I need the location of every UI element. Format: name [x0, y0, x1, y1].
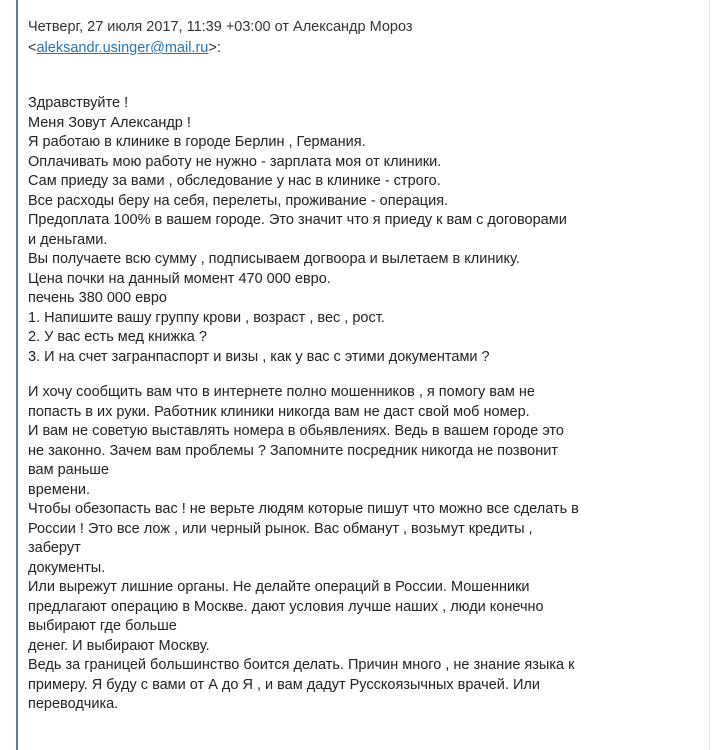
body-line: И вам не советую выставлять номера в обь… [28, 422, 628, 442]
body-line: денег. И выбирают Москву. [28, 637, 628, 657]
body-line: переводчика. [28, 695, 628, 715]
quote-body: Здравствуйте !Меня Зовут Александр !Я ра… [28, 94, 628, 715]
body-line: 1. Напишите вашу группу крови , возраст … [28, 309, 628, 329]
body-line: Меня Зовут Александр ! [28, 114, 628, 134]
paragraph-offer: Здравствуйте !Меня Зовут Александр !Я ра… [28, 94, 628, 367]
quote-date-sender-line: Четверг, 27 июля 2017, 11:39 +03:00 от А… [28, 17, 413, 38]
email-close-bracket: >: [208, 40, 221, 56]
body-line: предлагают операцию в Москве. дают услов… [28, 598, 628, 618]
body-line: и деньгами. [28, 231, 628, 251]
body-line: 2. У вас есть мед книжка ? [28, 328, 628, 348]
body-line: Предоплата 100% в вашем городе. Это знач… [28, 211, 628, 231]
body-line: 3. И на счет загранпаспорт и визы , как … [28, 348, 628, 368]
body-line: И хочу сообщить вам что в интернете полн… [28, 383, 628, 403]
body-line: вам раньше [28, 461, 628, 481]
body-line: Чтобы обезопасть вас ! не верьте людям к… [28, 500, 628, 520]
body-line: примеру. Я буду с вами от А до Я , и вам… [28, 676, 628, 696]
body-line: Здравствуйте ! [28, 94, 628, 114]
quoted-email-block: Четверг, 27 июля 2017, 11:39 +03:00 от А… [16, 0, 710, 750]
body-line: Или вырежут лишние органы. Не делайте оп… [28, 578, 628, 598]
quote-email-line: <aleksandr.usinger@mail.ru>: [28, 38, 413, 59]
body-line: Все расходы беру на себя, перелеты, прож… [28, 192, 628, 212]
paragraph-gap [28, 367, 628, 383]
body-line: Ведь за границей большинство боится дела… [28, 656, 628, 676]
quote-header: Четверг, 27 июля 2017, 11:39 +03:00 от А… [28, 17, 413, 59]
body-line: попасть в их руки. Работник клиники нико… [28, 403, 628, 423]
body-line: Сам приеду за вами , обследование у нас … [28, 172, 628, 192]
body-line: не законно. Зачем вам проблемы ? Запомни… [28, 442, 628, 462]
body-line: Вы получаете всю сумму , подписываем дог… [28, 250, 628, 270]
sender-email-link[interactable]: aleksandr.usinger@mail.ru [36, 40, 208, 56]
body-line: Я работаю в клинике в городе Берлин , Ге… [28, 133, 628, 153]
body-line: времени. [28, 481, 628, 501]
body-line: заберут [28, 539, 628, 559]
body-line: Оплачивать мою работу не нужно - зарплат… [28, 153, 628, 173]
body-line: Цена почки на данный момент 470 000 евро… [28, 270, 628, 290]
body-line: печень 380 000 евро [28, 289, 628, 309]
body-line: документы. [28, 559, 628, 579]
body-line: России ! Это все лож , или черный рынок.… [28, 520, 628, 540]
body-line: выбирают где больше [28, 617, 628, 637]
paragraph-warning: И хочу сообщить вам что в интернете полн… [28, 383, 628, 715]
